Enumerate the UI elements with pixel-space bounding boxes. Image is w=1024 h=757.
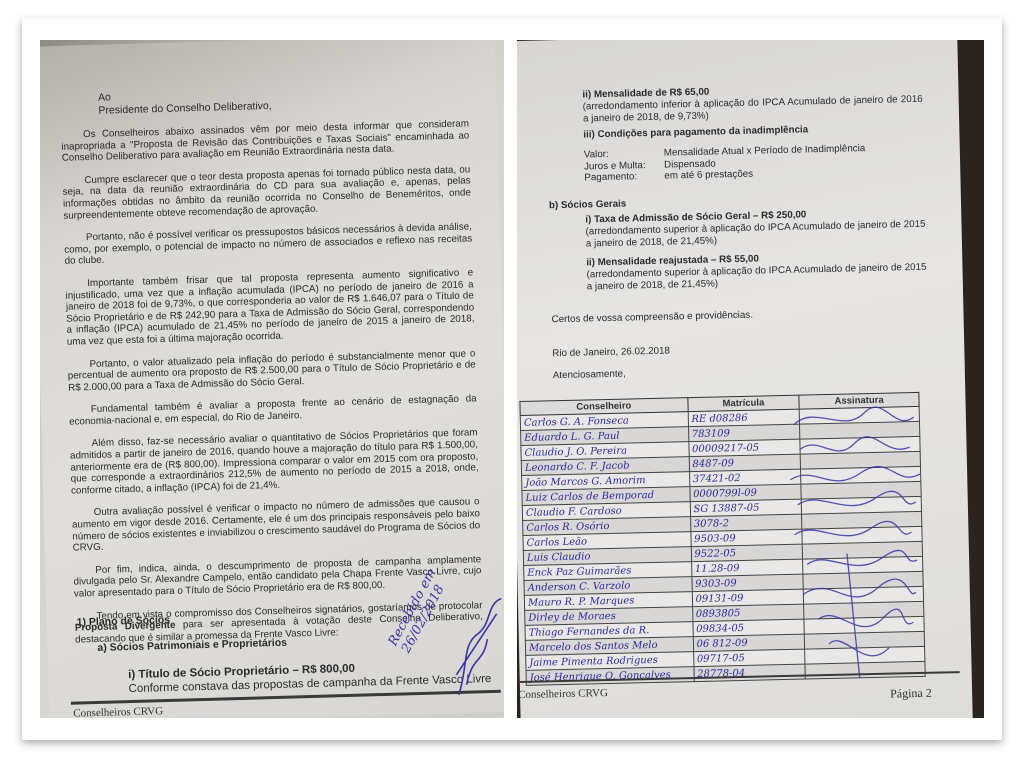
paragraph: Portanto, não é possível verificar os pr… (64, 222, 473, 268)
paragraph: Importante também frisar que tal propost… (65, 267, 475, 348)
section-socios-gerais: b) Sócios Gerais (549, 199, 627, 212)
paragraph: Outra avaliação possível é verificar o i… (72, 497, 481, 555)
page-2-photo: ii) Mensalidade de R$ 65,00 (arredondame… (517, 40, 984, 718)
paragraph: Portanto, o valor atualizado pela inflaç… (67, 348, 476, 394)
footer-left: Conselheiros CRVG (518, 687, 608, 701)
page-number: Página 2 (890, 686, 932, 702)
conselheiro-name: José Henrique O. Gonçalves (526, 667, 694, 686)
conditions-list: Valor:Mensalidade Atual x Período de Ina… (584, 141, 945, 184)
paragraph: Fundamental também é avaliar a proposta … (69, 394, 477, 429)
page-2-sheet: ii) Mensalidade de R$ 65,00 (arredondame… (517, 40, 973, 718)
signatures-table: Conselheiro Matrícula Assinatura Carlos … (519, 392, 925, 686)
place-date: Rio de Janeiro, 26.02.2018 (552, 346, 670, 360)
paragraph: Os Conselheiros abaixo assinados vêm por… (61, 118, 470, 164)
signatures-table-body: Carlos G. A. FonsecaRE d08286Eduardo L. … (520, 406, 925, 685)
regards: Atenciosamente, (553, 369, 626, 382)
matricula-number: 28778-04 (694, 664, 806, 682)
footer-left: Conselheiros CRVG (73, 705, 163, 718)
paragraph: Além disso, faz-se necessário avaliar o … (70, 428, 479, 497)
item-condicoes-inadimplencia: iii) Condições para pagamento da inadimp… (583, 124, 808, 141)
signature-cell (805, 661, 925, 679)
closing-text: Certos de vossa compreensão e providênci… (551, 310, 753, 326)
paragraph: Cumpre esclarecer que o teor desta propo… (62, 164, 471, 222)
page-1-sheet: Ao Presidente do Conselho Deliberativo, … (40, 40, 504, 718)
page-1-photo: Ao Presidente do Conselho Deliberativo, … (40, 40, 504, 718)
